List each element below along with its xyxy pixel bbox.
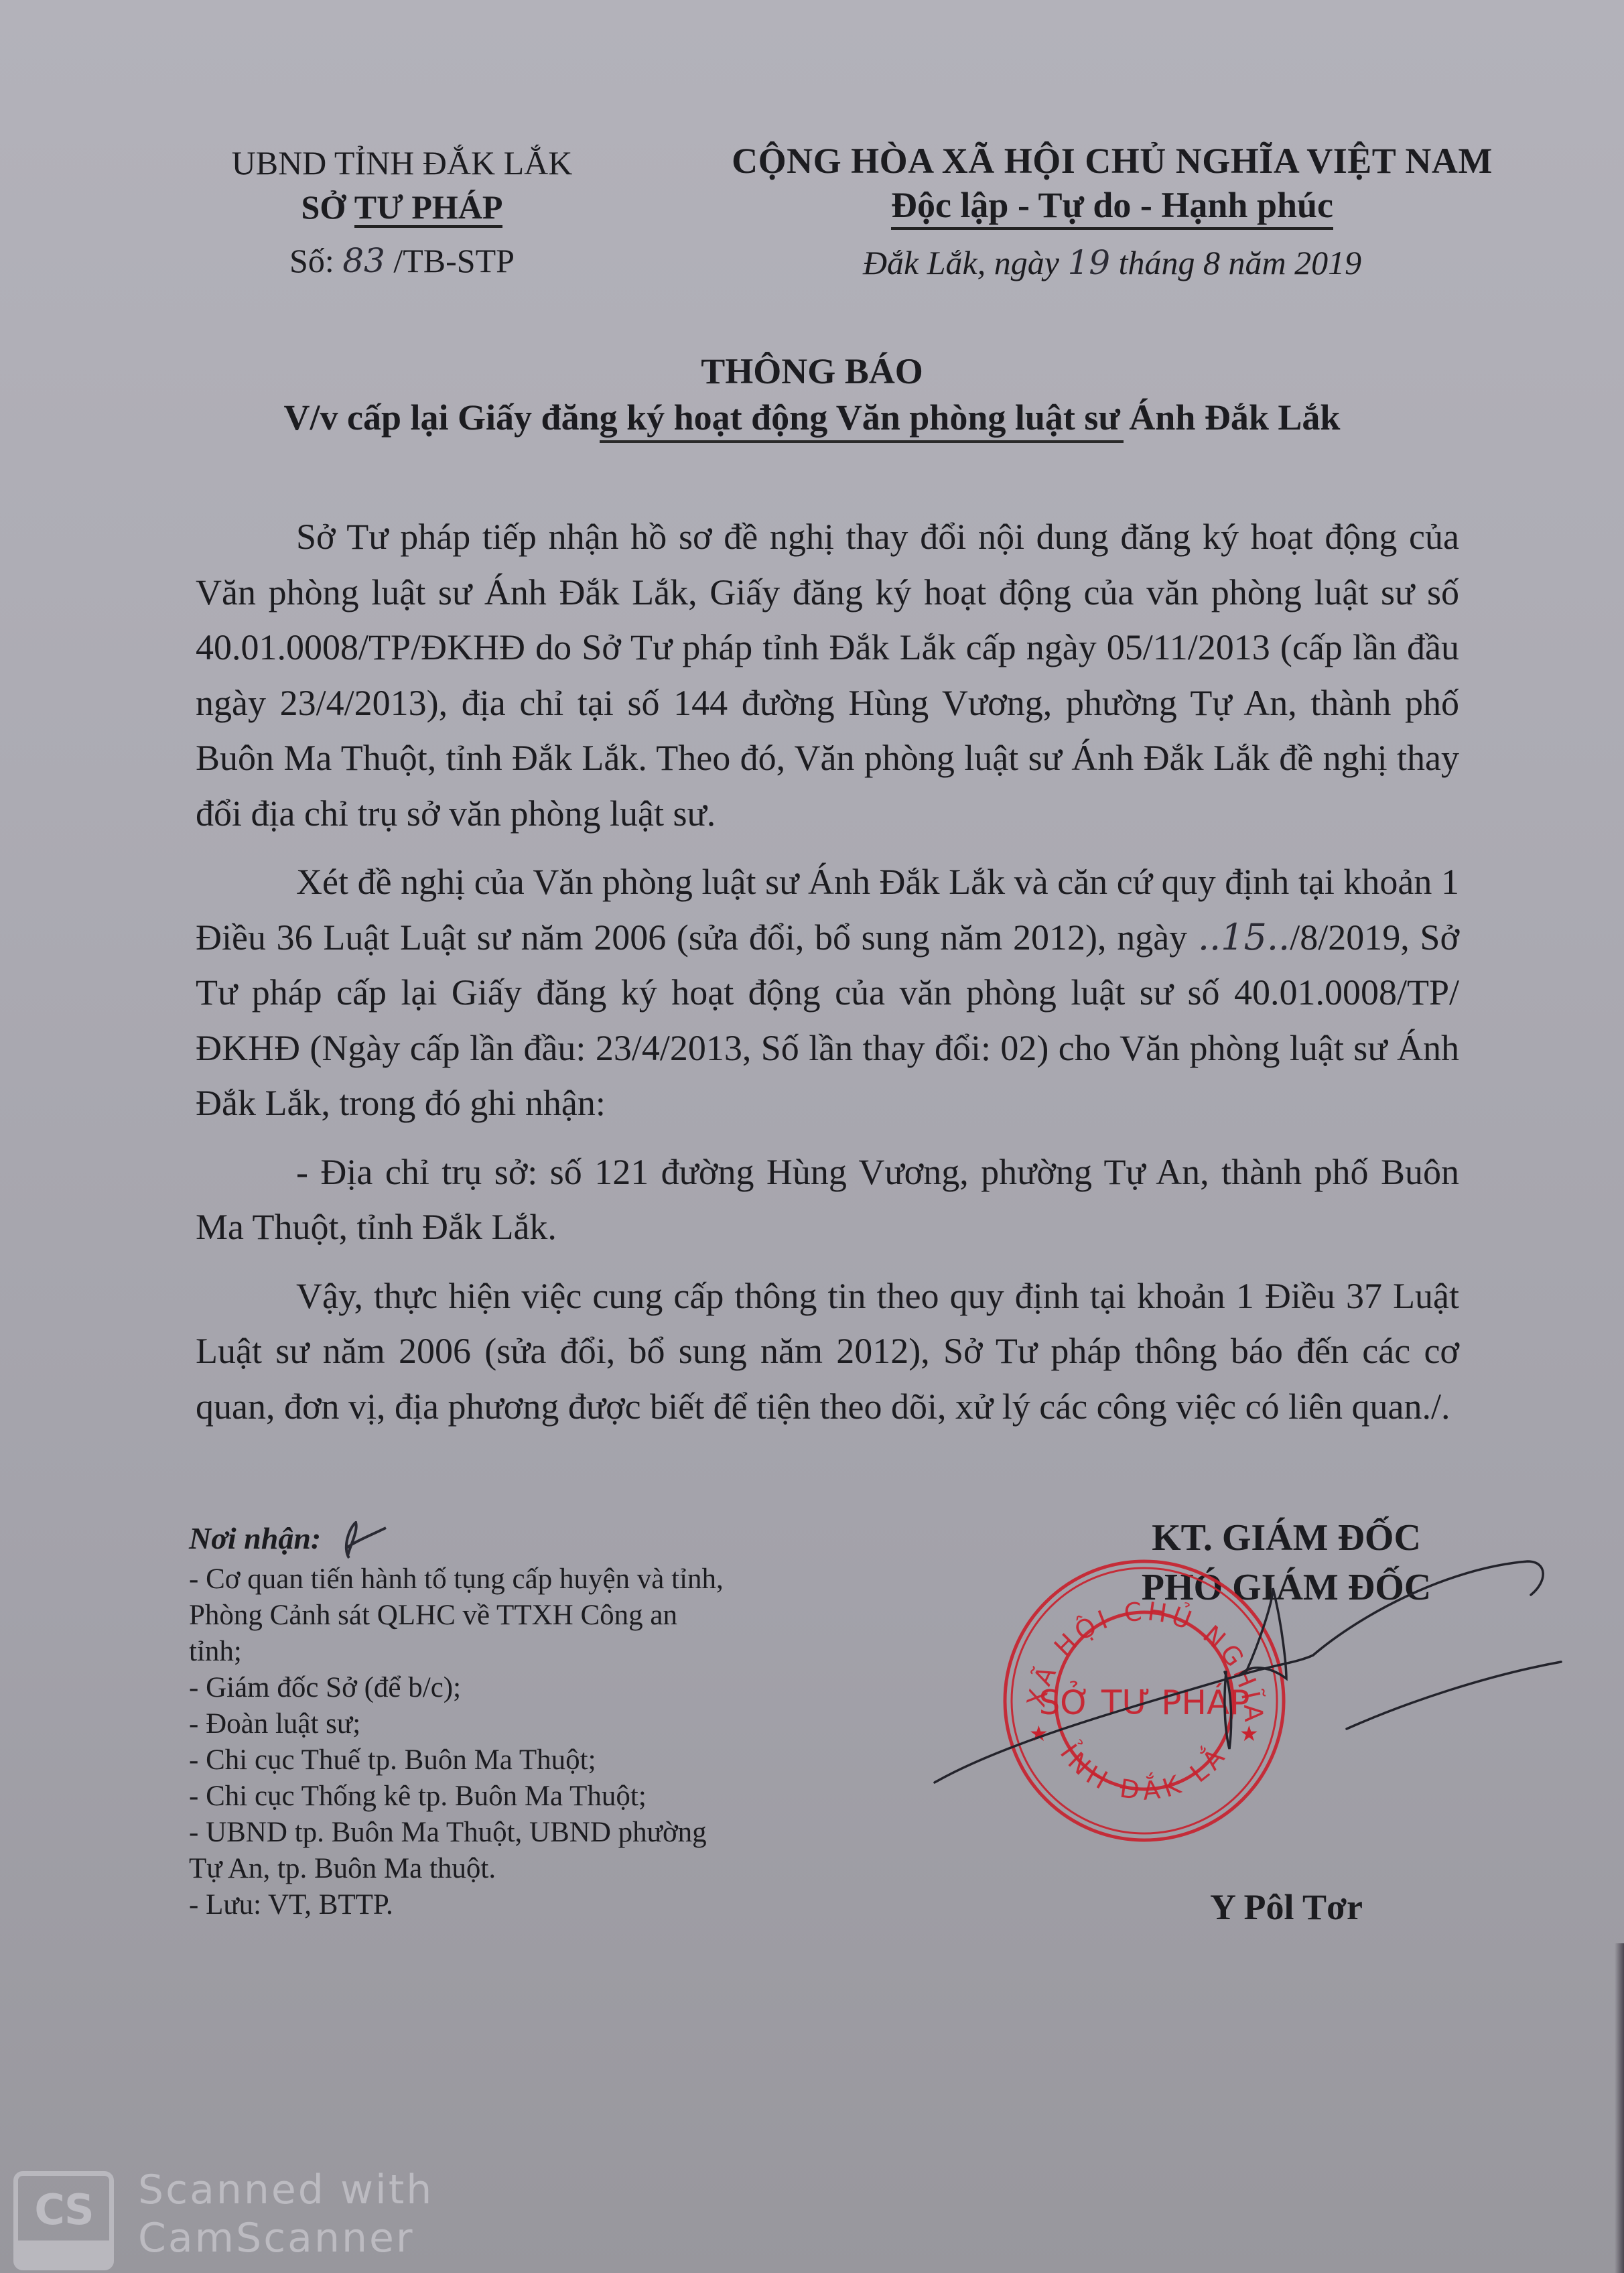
recipient-item: - Lưu: VT, BTTP.: [189, 1887, 725, 1923]
title-underline: [600, 440, 1124, 443]
recipients-block: Nơi nhận: - Cơ quan tiến hành tố tụng cấ…: [189, 1518, 725, 1923]
recipient-item: - UBND tp. Buôn Ma Thuột, UBND phường Tự…: [189, 1815, 725, 1887]
body-paragraph-1: Sở Tư pháp tiếp nhận hồ sơ đề nghị thay …: [196, 509, 1459, 841]
camscanner-logo-icon: CS: [13, 2171, 114, 2270]
national-header-block: CỘNG HÒA XÃ HỘI CHỦ NGHĨA VIỆT NAM Độc l…: [697, 137, 1528, 285]
document-page: UBND TỈNH ĐẮK LẮK SỞ TƯ PHÁP Số: 83 /TB-…: [0, 0, 1624, 2273]
svg-text:TỈNH ĐẮK LẮK: TỈNH ĐẮK LẮK: [997, 1553, 1234, 1806]
authority-name: UBND TỈNH ĐẮK LẮK: [167, 141, 636, 185]
department-name: SỞ TƯ PHÁP: [167, 185, 636, 229]
document-title-block: THÔNG BÁO V/v cấp lại Giấy đăng ký hoạt …: [0, 348, 1624, 441]
handwritten-day: 19: [1067, 243, 1110, 282]
paper-edge-shadow: [1615, 1943, 1624, 2273]
body-paragraph-2: Xét đề nghị của Văn phòng luật sư Ánh Đắ…: [196, 854, 1459, 1131]
body-paragraph-3: - Địa chỉ trụ sở: số 121 đường Hùng Vươn…: [196, 1145, 1459, 1255]
body-paragraph-4: Vậy, thực hiện việc cung cấp thông tin t…: [196, 1269, 1459, 1435]
recipient-item: - Chi cục Thuế tp. Buôn Ma Thuột;: [189, 1742, 725, 1778]
svg-text:SỞ TƯ PHÁP: SỞ TƯ PHÁP: [1039, 1681, 1250, 1722]
recipients-heading: Nơi nhận:: [189, 1518, 725, 1561]
document-subject: V/v cấp lại Giấy đăng ký hoạt động Văn p…: [0, 394, 1624, 441]
recipient-item: - Đoàn luật sư;: [189, 1706, 725, 1742]
national-title: CỘNG HÒA XÃ HỘI CHỦ NGHĨA VIỆT NAM: [697, 137, 1528, 184]
place-and-date: Đắk Lắk, ngày 19 tháng 8 năm 2019: [697, 241, 1528, 285]
department-name-underlined: TƯ PHÁP: [354, 189, 503, 228]
signer-name: Y Pôl Tơr: [1032, 1886, 1541, 1928]
handwritten-number: 83: [342, 241, 385, 280]
issuing-authority-block: UBND TỈNH ĐẮK LẮK SỞ TƯ PHÁP Số: 83 /TB-…: [167, 141, 636, 283]
handwritten-date: ..15..: [1198, 916, 1290, 958]
recipient-item: - Chi cục Thống kê tp. Buôn Ma Thuột;: [189, 1778, 725, 1815]
document-type: THÔNG BÁO: [0, 348, 1624, 394]
camscanner-watermark: CS Scanned with CamScanner: [11, 2166, 439, 2266]
recipient-item: - Cơ quan tiến hành tố tụng cấp huyện và…: [189, 1561, 725, 1670]
svg-text:★: ★: [1029, 1721, 1048, 1746]
official-seal-icon: CỘNG HÒA XÃ HỘI CHỦ NGHĨA VIỆT NAM TỈNH …: [997, 1553, 1292, 1848]
national-motto: Độc lập - Tự do - Hạnh phúc: [891, 184, 1333, 230]
document-body: Sở Tư pháp tiếp nhận hồ sơ đề nghị thay …: [196, 509, 1459, 1434]
initial-mark-icon: [329, 1521, 389, 1561]
recipient-item: - Giám đốc Sở (để b/c);: [189, 1670, 725, 1706]
watermark-text: Scanned with CamScanner: [138, 2166, 433, 2262]
document-number: Số: 83 /TB-STP: [167, 239, 636, 283]
svg-text:★: ★: [1239, 1721, 1259, 1746]
